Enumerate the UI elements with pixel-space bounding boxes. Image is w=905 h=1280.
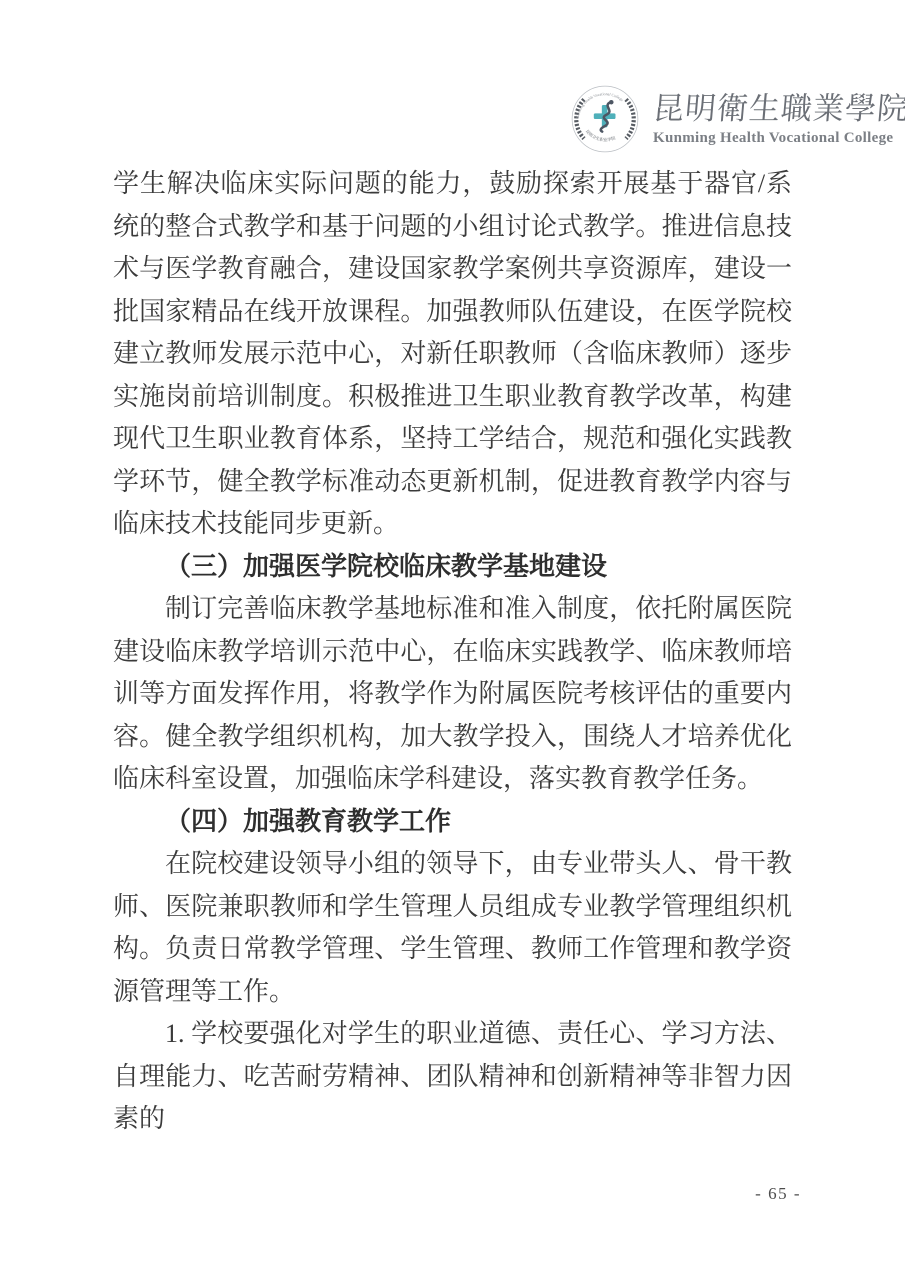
section-heading: （三）加强医学院校临床教学基地建设	[113, 546, 792, 589]
college-logo-text: 昆明衛生職業學院 Kunming Health Vocational Colle…	[653, 91, 905, 147]
document-body: 学生解决临床实际问题的能力，鼓励探索开展基于器官/系统的整合式教学和基于问题的小…	[113, 163, 792, 1141]
document-page: Kunming Health Vocational College 昆明卫生职业…	[0, 0, 905, 1280]
paragraph: 学生解决临床实际问题的能力，鼓励探索开展基于器官/系统的整合式教学和基于问题的小…	[113, 163, 792, 546]
college-emblem-icon: Kunming Health Vocational College 昆明卫生职业…	[570, 84, 640, 154]
page-number: - 65 -	[755, 1184, 801, 1204]
college-logo: Kunming Health Vocational College 昆明卫生职业…	[570, 84, 905, 154]
paragraph: 1. 学校要强化对学生的职业道德、责任心、学习方法、自理能力、吃苦耐劳精神、团队…	[113, 1013, 792, 1141]
college-name-calligraphy: 昆明衛生職業學院	[651, 91, 905, 127]
paragraph: 在院校建设领导小组的领导下，由专业带头人、骨干教师、医院兼职教师和学生管理人员组…	[113, 843, 792, 1013]
paragraph: 制订完善临床教学基地标准和准入制度，依托附属医院建设临床教学培训示范中心，在临床…	[113, 588, 792, 801]
college-name-english: Kunming Health Vocational College	[653, 130, 893, 147]
section-heading: （四）加强教育教学工作	[113, 801, 792, 844]
